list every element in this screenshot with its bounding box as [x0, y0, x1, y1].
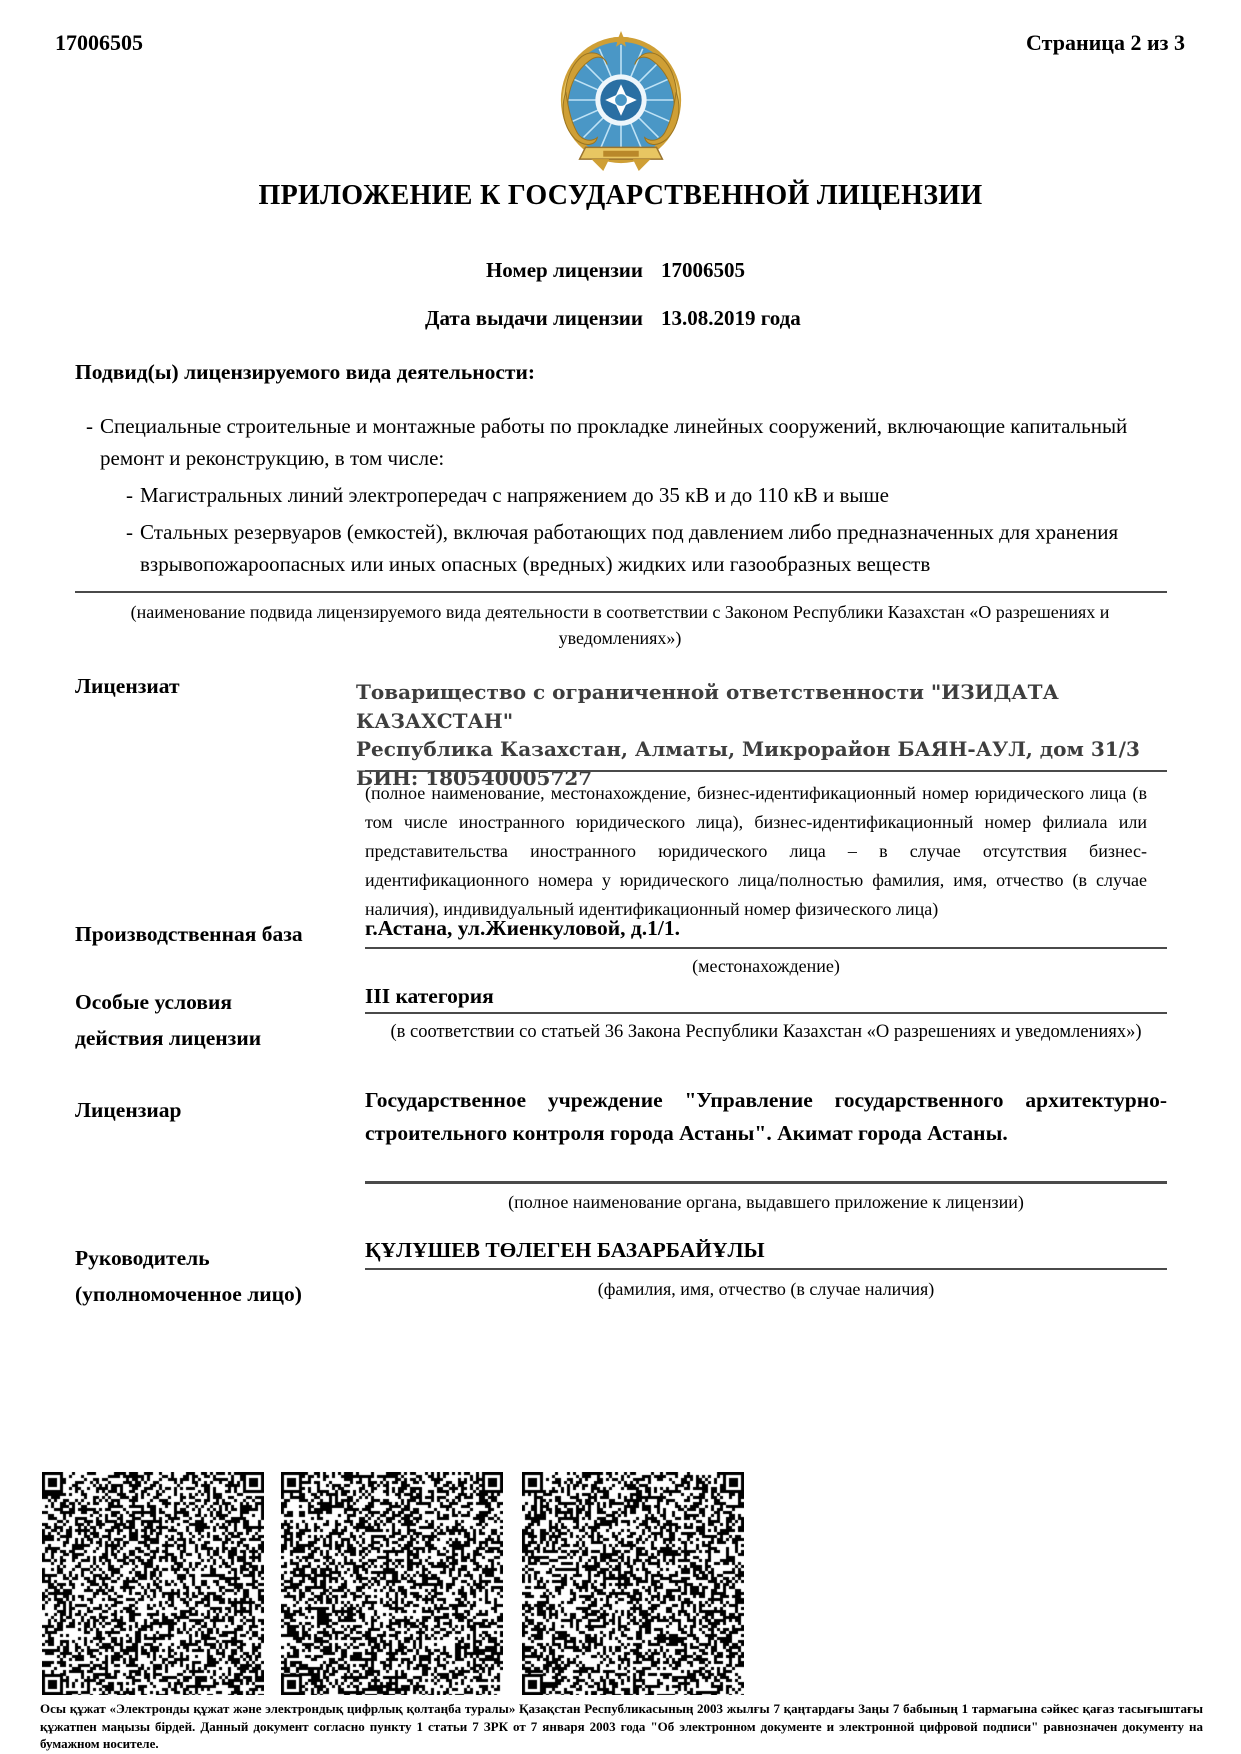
license-number-label: Номер лицензии — [60, 258, 643, 283]
subtypes-caption: (наименование подвида лицензируемого вид… — [120, 599, 1120, 651]
qr-code-3 — [522, 1472, 744, 1695]
licensor-caption: (полное наименование органа, выдавшего п… — [365, 1189, 1167, 1215]
licensee-name: Товарищество с ограниченной ответственно… — [356, 678, 1168, 735]
subtype-item: Специальные строительные и монтажные раб… — [100, 410, 1146, 474]
licensor-value: Государственное учреждение "Управление г… — [365, 1084, 1167, 1150]
head-label-line1: Руководитель — [75, 1240, 355, 1276]
licensee-label: Лицензиат — [75, 668, 180, 704]
document-number-header: 17006505 — [55, 30, 143, 56]
kazakhstan-emblem-icon — [552, 26, 690, 176]
subtype-item: Стальных резервуаров (емкостей), включая… — [140, 516, 1146, 580]
licensor-label: Лицензиар — [75, 1092, 181, 1128]
divider-line — [365, 1181, 1167, 1184]
subtype-item: Магистральных линий электропередач с нап… — [140, 479, 1146, 511]
production-base-value: г.Астана, ул.Жиенкуловой, д.1/1. — [365, 916, 680, 941]
license-date-label: Дата выдачи лицензии — [60, 306, 643, 331]
subtypes-list: Специальные строительные и монтажные раб… — [100, 410, 1146, 580]
licensee-address: Республика Казахстан, Алматы, Микрорайон… — [356, 735, 1168, 764]
license-number-value: 17006505 — [661, 258, 745, 283]
special-conditions-value: III категория — [365, 984, 494, 1009]
head-label-line2: (уполномоченное лицо) — [75, 1276, 355, 1312]
divider-line — [75, 591, 1167, 593]
license-appendix-page: 17006505 Страница 2 из 3 ПРИЛОЖЕНИЕ К — [0, 0, 1241, 1754]
head-value: ҚҰЛҰШЕВ ТӨЛЕГЕН БАЗАРБАЙҰЛЫ — [365, 1238, 765, 1263]
head-label: Руководитель (уполномоченное лицо) — [75, 1240, 355, 1312]
licensee-caption: (полное наименование, местонахождение, б… — [365, 779, 1147, 924]
production-base-label: Производственная база — [75, 916, 303, 952]
page-title: ПРИЛОЖЕНИЕ К ГОСУДАРСТВЕННОЙ ЛИЦЕНЗИИ — [0, 180, 1241, 212]
page-indicator: Страница 2 из 3 — [1026, 30, 1185, 56]
legal-footer-text: Осы құжат «Электронды құжат және электро… — [40, 1700, 1203, 1753]
subtypes-heading: Подвид(ы) лицензируемого вида деятельнос… — [75, 360, 535, 385]
head-caption: (фамилия, имя, отчество (в случае наличи… — [365, 1276, 1167, 1302]
qr-code-2 — [281, 1472, 503, 1695]
divider-line — [365, 1268, 1167, 1270]
license-date-value: 13.08.2019 года — [661, 306, 801, 331]
divider-line — [365, 770, 1167, 772]
qr-code-1 — [42, 1472, 264, 1695]
license-date-row: Дата выдачи лицензии 13.08.2019 года — [60, 306, 1180, 331]
special-conditions-caption: (в соответствии со статьей 36 Закона Рес… — [363, 1019, 1169, 1045]
divider-line — [365, 1012, 1167, 1014]
licensee-value-block: Товарищество с ограниченной ответственно… — [356, 678, 1168, 792]
special-conditions-label: Особые условия действия лицензии — [75, 984, 315, 1056]
license-number-row: Номер лицензии 17006505 — [60, 258, 1180, 283]
production-base-caption: (местонахождение) — [365, 953, 1167, 979]
divider-line — [365, 947, 1167, 949]
